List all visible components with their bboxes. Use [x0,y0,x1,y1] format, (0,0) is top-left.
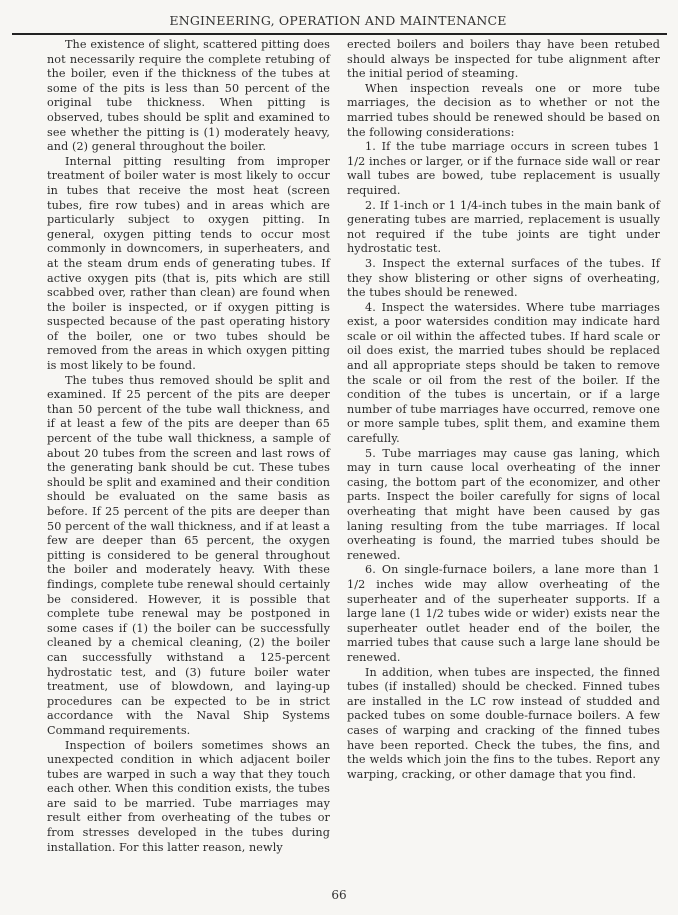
paragraph: Internal pitting resulting from improper… [47,155,330,374]
paragraph: Inspection of boilers sometimes shows an… [47,739,330,856]
list-item-2: 2. If 1-inch or 1 1/4-inch tubes in the … [347,199,660,257]
paragraph: The tubes thus removed should be split a… [47,374,330,739]
continued-paragraph: erected boilers and boilers thay have be… [347,38,660,82]
paragraph: The existence of slight, scattered pitti… [47,38,330,155]
list-item-4: 4. Inspect the watersides. Where tube ma… [347,301,660,447]
header-rule [12,33,667,35]
running-header: ENGINEERING, OPERATION AND MAINTENANCE [12,13,664,28]
page-number: 66 [0,888,678,902]
paragraph: In addition, when tubes are inspected, t… [347,666,660,783]
list-item-3: 3. Inspect the external surfaces of the … [347,257,660,301]
list-item-6: 6. On single-furnace boilers, a lane mor… [347,563,660,665]
list-item-5: 5. Tube marriages may cause gas laning, … [347,447,660,564]
list-item-1: 1. If the tube marriage occurs in screen… [347,140,660,198]
left-column: The existence of slight, scattered pitti… [47,38,330,855]
paragraph: When inspection reveals one or more tube… [347,82,660,140]
right-column: erected boilers and boilers thay have be… [347,38,660,782]
